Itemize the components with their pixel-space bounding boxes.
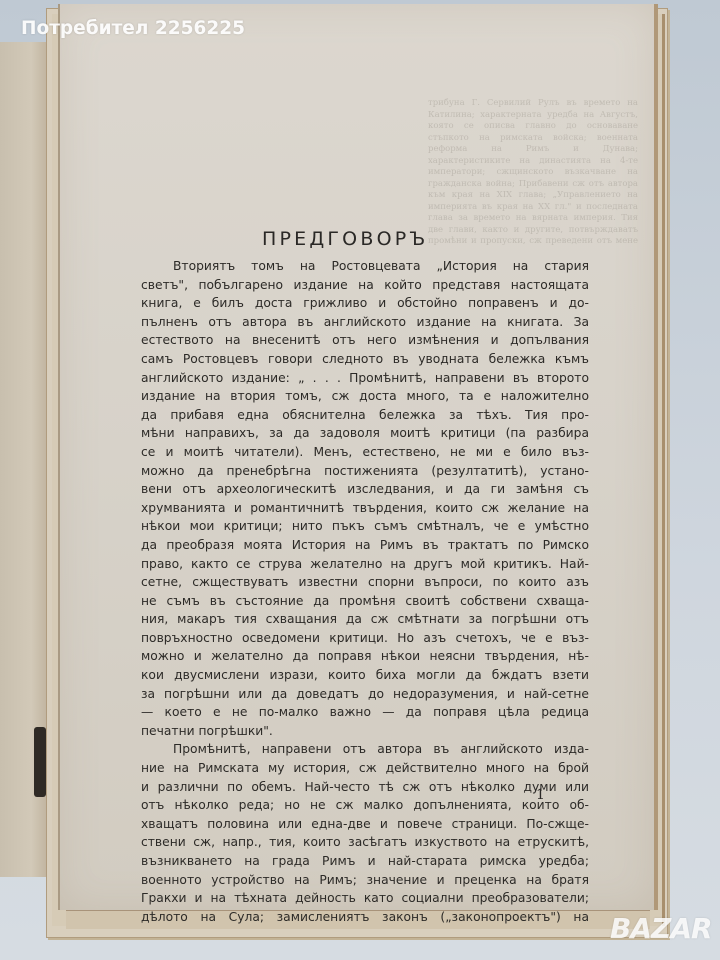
text-line: нѣкои мои критици; нито пъкъ съмъ смѣтна…: [141, 517, 589, 536]
text-line: хрумванията и романтичнитѣ твърдения, ко…: [141, 499, 589, 518]
bazar-logo-watermark: BAZAR: [610, 912, 712, 945]
text-line: да преобразя моята История на Римъ въ тр…: [141, 536, 589, 555]
text-line: английското издание: „ . . . Промѣнитѣ, …: [141, 369, 589, 388]
text-line: ствени сж, напр., тия, които засѣгатъ из…: [141, 833, 589, 852]
page-number: 1: [536, 787, 545, 803]
text-line: за погрѣшни или да доведатъ до недоразум…: [141, 685, 589, 704]
text-line: Вториятъ томъ на Ростовцевата „История н…: [141, 257, 589, 276]
text-line: печатни погрѣшки".: [141, 722, 589, 741]
text-line: кои двусмислени изрази, които биха могли…: [141, 666, 589, 685]
text-line: хващатъ половина или една-две и повече с…: [141, 815, 589, 834]
text-line: пълненъ отъ автора въ английското издани…: [141, 313, 589, 332]
text-line: повръхностно осведомени критици. Но азъ …: [141, 629, 589, 648]
text-line: дѣлото на Сула; замислениятъ законъ („за…: [141, 908, 589, 927]
text-line: възникването на града Римъ и най-старата…: [141, 852, 589, 871]
body-text: Вториятъ томъ на Ростовцевата „История н…: [141, 257, 589, 926]
text-line: Гракхи и на тѣхната дейность като социал…: [141, 889, 589, 908]
text-line: ния, макаръ тия схващания да сж смѣтнати…: [141, 610, 589, 629]
text-line: мѣни направихъ, за да задоволя моитѣ кри…: [141, 424, 589, 443]
text-line: и различни по обемъ. Най-често тѣ сж отъ…: [141, 778, 589, 797]
page-title: ПРЕДГОВОРЪ: [262, 228, 512, 250]
text-line: право, както се струва желателно на друг…: [141, 555, 589, 574]
text-line: вени отъ археологическитѣ изследвания, и…: [141, 480, 589, 499]
text-line: да прибавя една обяснителна бележка за т…: [141, 406, 589, 425]
text-line: Промѣнитѣ, направени отъ автора въ англи…: [141, 740, 589, 759]
text-line: не съмъ въ състояние да промѣня своитѣ с…: [141, 592, 589, 611]
text-line: ние на Римската му история, сж действите…: [141, 759, 589, 778]
text-line: можно и желателно да поправя нѣкои неясн…: [141, 647, 589, 666]
text-line: книга, е билъ доста грижливо и обстойно …: [141, 294, 589, 313]
text-line: — което е не по-малко важно — да поправя…: [141, 703, 589, 722]
page-tear: [34, 727, 46, 797]
text-line: светъ", побългарено издание на който пре…: [141, 276, 589, 295]
text-line: военното устройство на Римъ; значение и …: [141, 871, 589, 890]
text-line: отъ нѣколко реда; но не сж малко допълне…: [141, 796, 589, 815]
text-line: можно да пренебрѣгна постиженията (резул…: [141, 462, 589, 481]
text-line: издание на втория томъ, сж доста много, …: [141, 387, 589, 406]
seller-watermark: Потребител 2256225: [21, 18, 245, 39]
text-line: се и моитѣ читатели). Менъ, естествено, …: [141, 443, 589, 462]
text-line: сетне, сжществуватъ известни спорни въпр…: [141, 573, 589, 592]
bleed-through-text: трибуна Г. Сервилий Рулъ въ времето на К…: [428, 98, 638, 248]
text-line: самъ Ростовцевъ говори следното въ уводн…: [141, 350, 589, 369]
text-line: естеството на внесенитѣ отъ него измѣнен…: [141, 331, 589, 350]
